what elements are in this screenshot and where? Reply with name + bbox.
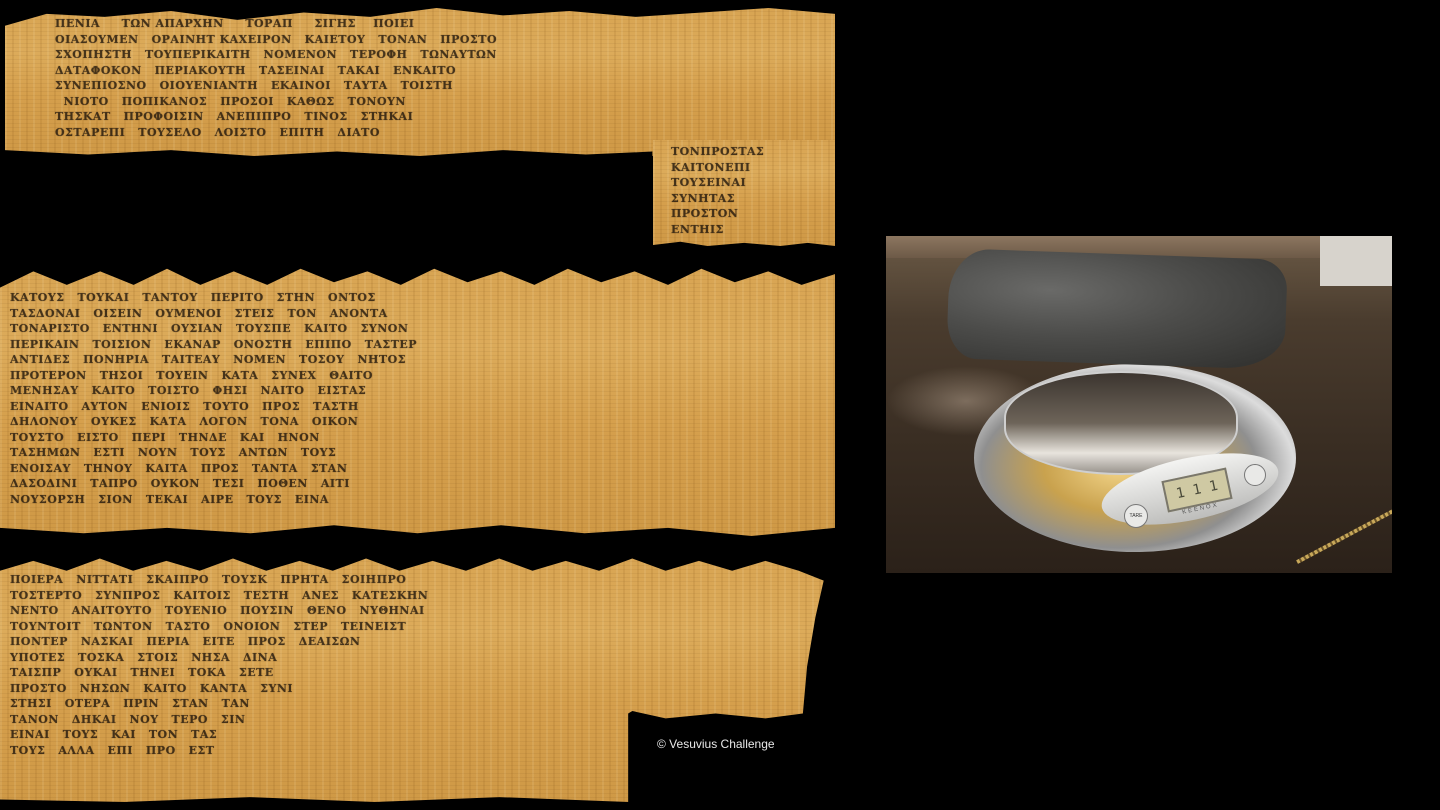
carbonized-scroll <box>946 248 1288 370</box>
table-trim <box>1296 504 1392 564</box>
papyrus-strip-3: ΠΟΙΕΡΑ ΝΙΤΤΑΤΙ ΣΚΑΙΠΡΟ ΤΟΥΣΚ ΠΡΗΤΑ ΣΟΙΗΠ… <box>0 556 832 802</box>
papyrus-text: ΠΕΝΙΑ ΤΩΝ ΑΠΑΡΧΗΝ ΤΟΡΑΠ ΣΙΓΗΣ ΠΟΙΕΙ ΟΙΑΣ… <box>55 16 497 140</box>
papyrus-text: ΠΟΙΕΡΑ ΝΙΤΤΑΤΙ ΣΚΑΙΠΡΟ ΤΟΥΣΚ ΠΡΗΤΑ ΣΟΙΗΠ… <box>10 572 428 758</box>
papyrus-text: ΚΑΤΟΥΣ ΤΟΥΚΑΙ ΤΑΝΤΟΥ ΠΕΡΙΤΟ ΣΤΗΝ ΟΝΤΟΣ Τ… <box>10 290 417 507</box>
background-box <box>1320 236 1392 286</box>
papyrus-strip-2: ΚΑΤΟΥΣ ΤΟΥΚΑΙ ΤΑΝΤΟΥ ΠΕΡΙΤΟ ΣΤΗΝ ΟΝΤΟΣ Τ… <box>0 266 835 536</box>
papyrus-strip-1-extension: ΤΟΝΠΡΟΣΤΑΣ ΚΑΙΤΟΝΕΠΙ ΤΟΥΣΕΙΝΑΙ ΣΥΝΗΤΑΣ Π… <box>653 140 835 246</box>
papyrus-text: ΤΟΝΠΡΟΣΤΑΣ ΚΑΙΤΟΝΕΠΙ ΤΟΥΣΕΙΝΑΙ ΣΥΝΗΤΑΣ Π… <box>671 144 764 237</box>
power-button <box>1244 464 1266 486</box>
copyright-credit: © Vesuvius Challenge <box>657 737 775 751</box>
papyrus-strip-1: ΠΕΝΙΑ ΤΩΝ ΑΠΑΡΧΗΝ ΤΟΡΑΠ ΣΙΓΗΣ ΠΟΙΕΙ ΟΙΑΣ… <box>5 8 835 156</box>
scroll-on-scale-photo: 1 1 1 TARE KEENOX <box>886 236 1392 573</box>
tare-button: TARE <box>1124 504 1148 528</box>
